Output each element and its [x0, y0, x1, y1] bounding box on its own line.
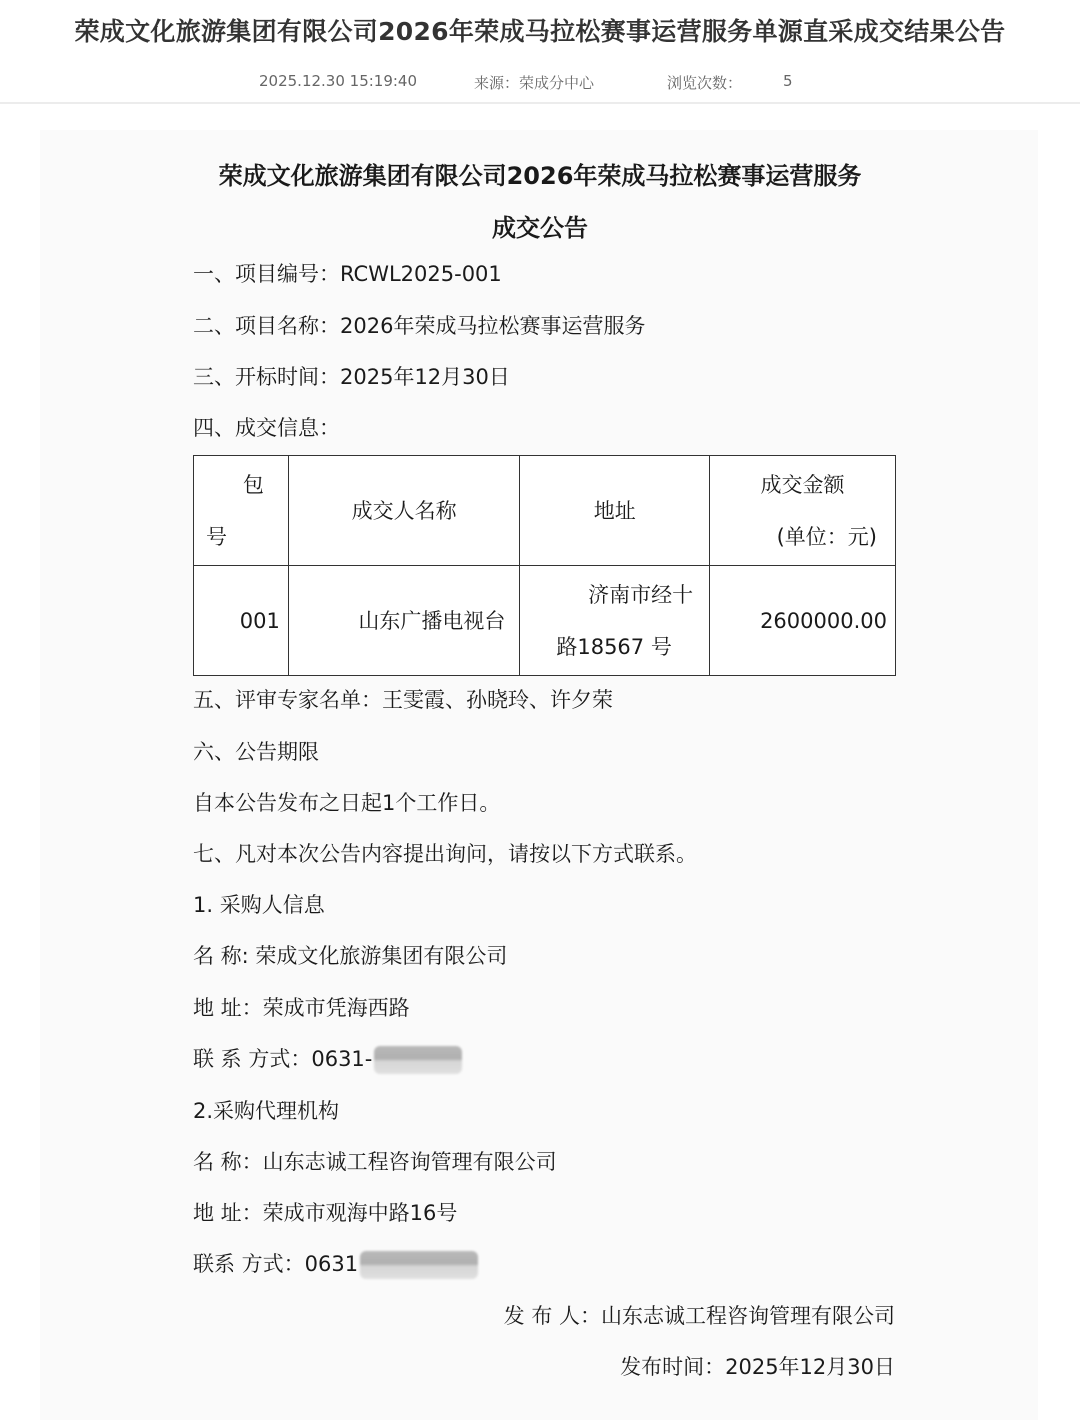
page-header: 荣成文化旅游集团有限公司2026年荣成马拉松赛事运营服务单源直采成交结果公告 2…: [0, 0, 1080, 104]
agency-name: 名 称：山东志诚工程咨询管理有限公司: [193, 1147, 557, 1177]
agency-heading: 2.采购代理机构: [193, 1096, 339, 1126]
header-winner: 成交人名称: [288, 456, 519, 566]
agency-address: 地 址：荣成市观海中路16号: [193, 1198, 457, 1228]
agency-contact: 联系 方式：0631: [193, 1249, 478, 1279]
meta-row: 2025.12.30 15:19:40 来源：荣成分中心 浏览次数： 5: [0, 70, 1080, 96]
page-title: 荣成文化旅游集团有限公司2026年荣成马拉松赛事运营服务单源直采成交结果公告: [0, 14, 1080, 50]
document-title-line2: 成交公告: [0, 208, 1080, 243]
project-number: 一、项目编号：RCWL2025-001: [193, 259, 502, 289]
contact-intro: 七、凡对本次公告内容提出询问，请按以下方式联系。: [193, 839, 697, 869]
redacted-phone: [360, 1251, 478, 1279]
purchaser-contact-text: 联 系 方式：0631-: [193, 1047, 372, 1071]
source-label: 来源：荣成分中心: [474, 72, 594, 93]
project-name: 二、项目名称：2026年荣成马拉松赛事运营服务: [193, 311, 645, 341]
header-address: 地址: [520, 456, 710, 566]
cell-address: 济南市经十 路18567 号: [520, 566, 710, 676]
cell-amount: 2600000.00: [710, 566, 896, 676]
publisher: 发 布 人：山东志诚工程咨询管理有限公司: [504, 1301, 895, 1331]
agency-contact-text: 联系 方式：0631: [193, 1252, 358, 1276]
document-title: 荣成文化旅游集团有限公司2026年荣成马拉松赛事运营服务: [0, 156, 1080, 191]
header-amount: 成交金额 (单位：元): [710, 456, 896, 566]
redacted-phone: [374, 1046, 462, 1074]
views-count: 5: [783, 72, 793, 90]
bid-opening-date: 三、开标时间：2025年12月30日: [193, 362, 510, 392]
table-header-row: 包 号 成交人名称 地址 成交金额 (单位：元): [194, 456, 896, 566]
deal-info-heading: 四、成交信息：: [193, 413, 340, 443]
cell-winner: 山东广播电视台: [288, 566, 519, 676]
publish-date: 发布时间：2025年12月30日: [620, 1352, 895, 1382]
publish-datetime: 2025.12.30 15:19:40: [259, 72, 417, 90]
deal-table: 包 号 成交人名称 地址 成交金额 (单位：元) 001 山东广播电视台 济南市…: [193, 455, 896, 676]
expert-list: 五、评审专家名单：王雯霞、孙晓玲、许夕荣: [193, 685, 613, 715]
purchaser-heading: 1. 采购人信息: [193, 890, 325, 920]
notice-period-heading: 六、公告期限: [193, 737, 319, 767]
views-label: 浏览次数：: [667, 72, 742, 93]
purchaser-address: 地 址：荣成市凭海西路: [193, 993, 410, 1023]
purchaser-name: 名 称: 荣成文化旅游集团有限公司: [193, 941, 507, 971]
notice-period-detail: 自本公告发布之日起1个工作日。: [193, 788, 500, 818]
cell-package: 001: [194, 566, 289, 676]
header-package: 包 号: [194, 456, 289, 566]
table-row: 001 山东广播电视台 济南市经十 路18567 号 2600000.00: [194, 566, 896, 676]
purchaser-contact: 联 系 方式：0631-: [193, 1044, 462, 1074]
